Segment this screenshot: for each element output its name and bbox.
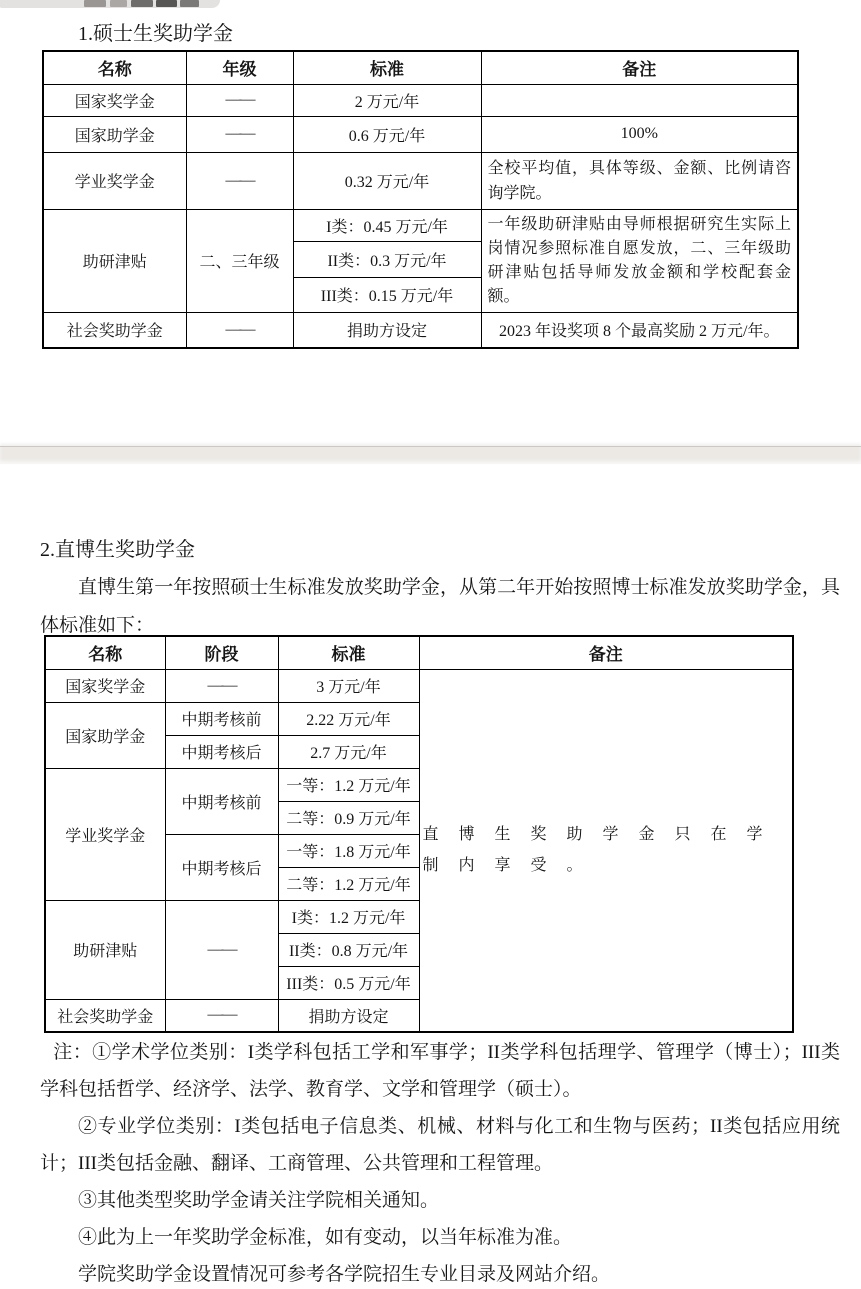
table-header-row: 名称 年级 标准 备注 <box>43 51 798 84</box>
blur-block <box>84 0 106 7</box>
cell-name: 社会奖助学金 <box>43 312 186 348</box>
cell-standard: 捐助方设定 <box>278 999 419 1032</box>
cell-standard: 2.22 万元/年 <box>278 702 419 735</box>
cell-standard-class3: III类：0.15 万元/年 <box>293 277 481 312</box>
column-header-standard: 标准 <box>293 51 481 84</box>
section-2-intro: 直博生第一年按照硕士生标准发放奖助学金，从第二年开始按照博士标准发放奖助学金，具… <box>40 569 840 645</box>
cell-name: 学业奖学金 <box>43 152 186 209</box>
note-2: ②专业学位类别：I类包括电子信息类、机械、材料与化工和生物与医药；II类包括应用… <box>40 1108 840 1182</box>
column-header-name: 名称 <box>43 51 186 84</box>
cell-stage: —— <box>165 999 278 1032</box>
cell-standard: III类：0.5 万元/年 <box>278 966 419 999</box>
page-break-gap <box>0 446 861 464</box>
cell-standard: 3 万元/年 <box>278 669 419 702</box>
cell-name: 国家奖学金 <box>45 669 165 702</box>
cell-name: 社会奖助学金 <box>45 999 165 1032</box>
row-national-scholarship: 国家奖学金 —— 3 万元/年 直博生奖助学金只在学制内享受。 <box>45 669 793 702</box>
cell-standard: 一等：1.2 万元/年 <box>278 768 419 801</box>
blur-block <box>180 0 199 7</box>
note-4: ④此为上一年奖助学金标准，如有变动，以当年标准为准。 <box>40 1219 840 1256</box>
column-header-remark: 备注 <box>419 636 793 669</box>
cell-standard: 二等：1.2 万元/年 <box>278 867 419 900</box>
cell-stage: 中期考核前 <box>165 702 278 735</box>
cell-grade: —— <box>186 116 293 152</box>
cell-grade: —— <box>186 84 293 116</box>
section-2-title: 2.直博生奖助学金 <box>40 531 840 569</box>
row-social-scholarship: 社会奖助学金 —— 捐助方设定 2023 年设奖项 8 个最高奖励 2 万元/年… <box>43 312 798 348</box>
document-page: 1.硕士生奖助学金 名称 年级 标准 备注 国家奖学金 —— 2 万元/年 国家… <box>0 0 861 1289</box>
censored-content-bar <box>0 0 220 8</box>
cell-stage: 中期考核后 <box>165 834 278 900</box>
cell-name: 助研津贴 <box>45 900 165 999</box>
column-header-standard: 标准 <box>278 636 419 669</box>
cell-name: 国家助学金 <box>45 702 165 768</box>
cell-grade: —— <box>186 152 293 209</box>
cell-remark: 一年级助研津贴由导师根据研究生实际上岗情况参照标准自愿发放，二、三年级助研津贴包… <box>481 209 798 312</box>
cell-standard: 2.7 万元/年 <box>278 735 419 768</box>
cell-stage: 中期考核前 <box>165 768 278 834</box>
cell-remark: 全校平均值，具体等级、金额、比例请咨询学院。 <box>481 152 798 209</box>
cell-name: 国家助学金 <box>43 116 186 152</box>
cell-name: 助研津贴 <box>43 209 186 312</box>
note-1: 注：①学术学位类别：I类学科包括工学和军事学；II类学科包括理学、管理学（博士）… <box>40 1034 840 1108</box>
cell-standard: I类：1.2 万元/年 <box>278 900 419 933</box>
note-3: ③其他类型奖助学金请关注学院相关通知。 <box>40 1182 840 1219</box>
row-research-stipend: 助研津贴 二、三年级 I类：0.45 万元/年 一年级助研津贴由导师根据研究生实… <box>43 209 798 242</box>
table-header-row: 名称 阶段 标准 备注 <box>45 636 793 669</box>
footnotes: 注：①学术学位类别：I类学科包括工学和军事学；II类学科包括理学、管理学（博士）… <box>40 1034 840 1289</box>
cell-name: 国家奖学金 <box>43 84 186 116</box>
cell-standard: 一等：1.8 万元/年 <box>278 834 419 867</box>
section-2: 2.直博生奖助学金 直博生第一年按照硕士生标准发放奖助学金，从第二年开始按照博士… <box>40 531 840 645</box>
cell-standard-class1: I类：0.45 万元/年 <box>293 209 481 242</box>
cell-remark: 100% <box>481 116 798 152</box>
row-national-scholarship: 国家奖学金 —— 2 万元/年 <box>43 84 798 116</box>
cell-remark-span: 直博生奖助学金只在学制内享受。 <box>419 669 793 1032</box>
column-header-stage: 阶段 <box>165 636 278 669</box>
cell-remark <box>481 84 798 116</box>
cell-standard: 0.6 万元/年 <box>293 116 481 152</box>
cell-standard: 二等：0.9 万元/年 <box>278 801 419 834</box>
cell-grade: 二、三年级 <box>186 209 293 312</box>
section-1-title: 1.硕士生奖助学金 <box>78 20 233 48</box>
cell-standard: 2 万元/年 <box>293 84 481 116</box>
note-5: 学院奖助学金设置情况可参考各学院招生专业目录及网站介绍。 <box>40 1256 840 1289</box>
cell-standard: 0.32 万元/年 <box>293 152 481 209</box>
cell-grade: —— <box>186 312 293 348</box>
blur-block <box>110 0 127 7</box>
masters-scholarship-table: 名称 年级 标准 备注 国家奖学金 —— 2 万元/年 国家助学金 —— 0.6… <box>42 50 799 349</box>
blur-block <box>131 0 153 7</box>
direct-phd-scholarship-table: 名称 阶段 标准 备注 国家奖学金 —— 3 万元/年 直博生奖助学金只在学制内… <box>44 635 794 1033</box>
row-national-grant: 国家助学金 —— 0.6 万元/年 100% <box>43 116 798 152</box>
column-header-remark: 备注 <box>481 51 798 84</box>
cell-standard: 捐助方设定 <box>293 312 481 348</box>
cell-stage: 中期考核后 <box>165 735 278 768</box>
cell-remark: 2023 年设奖项 8 个最高奖励 2 万元/年。 <box>481 312 798 348</box>
row-academic-scholarship: 学业奖学金 —— 0.32 万元/年 全校平均值，具体等级、金额、比例请咨询学院… <box>43 152 798 209</box>
cell-standard: II类：0.8 万元/年 <box>278 933 419 966</box>
cell-stage: —— <box>165 900 278 999</box>
column-header-name: 名称 <box>45 636 165 669</box>
cell-standard-class2: II类：0.3 万元/年 <box>293 242 481 278</box>
cell-stage: —— <box>165 669 278 702</box>
blur-block <box>156 0 177 7</box>
cell-name: 学业奖学金 <box>45 768 165 900</box>
column-header-grade: 年级 <box>186 51 293 84</box>
